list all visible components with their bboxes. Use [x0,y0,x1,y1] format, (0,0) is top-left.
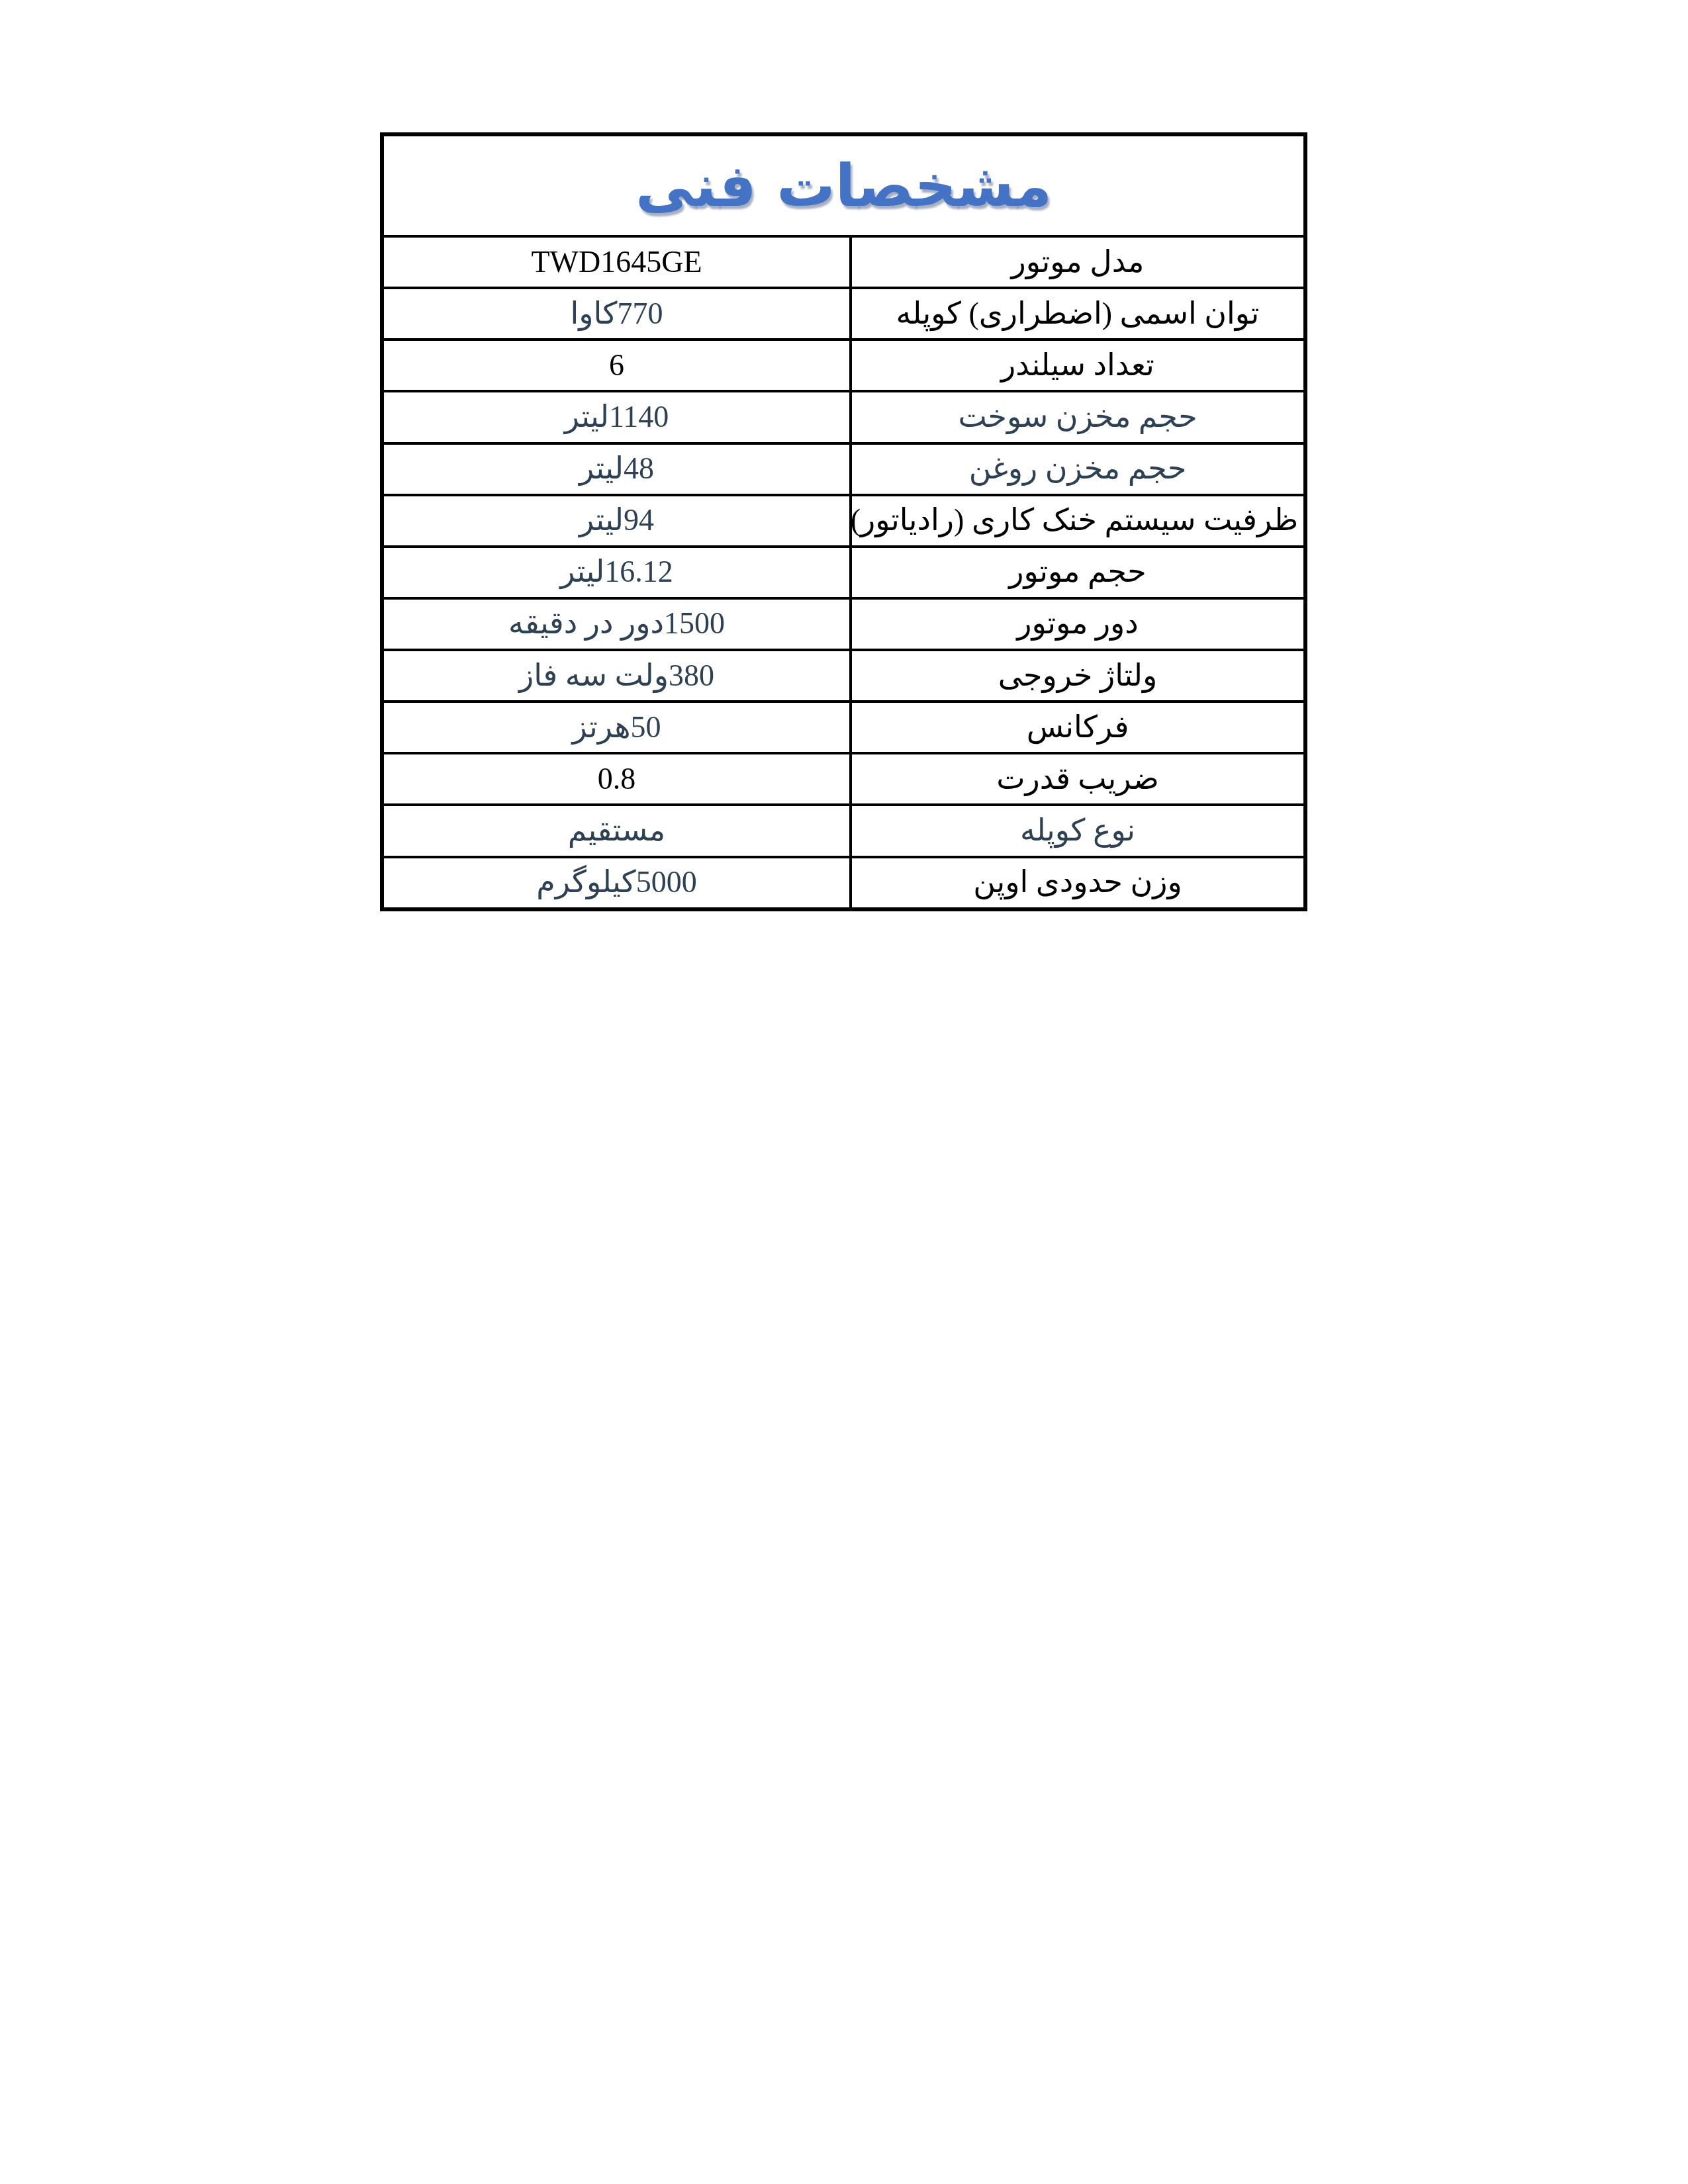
spec-value-cell: 1500دور در دقیقه [382,598,851,650]
spec-row: تعداد سیلندر 6 [382,340,1305,391]
spec-value-cell: 1140لیتر [382,391,851,443]
spec-row: حجم موتور 16.12لیتر [382,547,1305,598]
spec-value-cell: 50هرتز [382,702,851,753]
spec-row: دور موتور 1500دور در دقیقه [382,598,1305,650]
spec-value-cell: 380ولت سه فاز [382,650,851,702]
table-title: مشخصات فنی [382,134,1305,236]
spec-row: ولتاژ خروجی 380ولت سه فاز [382,650,1305,702]
technical-specs-table: مشخصات فنی مدل موتور TWD1645GE توان اسمی… [380,132,1307,911]
spec-value-cell: 94لیتر [382,495,851,547]
spec-label-cell: حجم مخزن روغن [851,443,1305,495]
spec-value-cell: 16.12لیتر [382,547,851,598]
spec-label-cell: فرکانس [851,702,1305,753]
spec-row: ضریب قدرت 0.8 [382,753,1305,805]
spec-label-cell: ضریب قدرت [851,753,1305,805]
spec-label-cell: نوع کوپله [851,805,1305,856]
spec-label-cell: تعداد سیلندر [851,340,1305,391]
spec-row: حجم مخزن روغن 48لیتر [382,443,1305,495]
spec-row: حجم مخزن سوخت 1140لیتر [382,391,1305,443]
spec-value-cell: 48لیتر [382,443,851,495]
document-page: مشخصات فنی مدل موتور TWD1645GE توان اسمی… [0,0,1688,2184]
spec-row: فرکانس 50هرتز [382,702,1305,753]
spec-label-cell: ظرفیت سیستم خنک کاری (رادیاتور) [851,495,1305,547]
spec-row: توان اسمی (اضطراری) کوپله 770کاوا [382,288,1305,340]
spec-label-cell: حجم موتور [851,547,1305,598]
spec-label-cell: وزن حدودی اوپن [851,857,1305,910]
spec-row: وزن حدودی اوپن 5000کیلوگرم [382,857,1305,910]
spec-label-cell: توان اسمی (اضطراری) کوپله [851,288,1305,340]
spec-row: ظرفیت سیستم خنک کاری (رادیاتور) 94لیتر [382,495,1305,547]
spec-value-cell: مستقیم [382,805,851,856]
spec-value-cell: 5000کیلوگرم [382,857,851,910]
table-title-row: مشخصات فنی [382,134,1305,236]
spec-value-cell: TWD1645GE [382,236,851,288]
spec-label-cell: ولتاژ خروجی [851,650,1305,702]
spec-value-cell: 0.8 [382,753,851,805]
spec-row: مدل موتور TWD1645GE [382,236,1305,288]
spec-label-cell: دور موتور [851,598,1305,650]
spec-value-cell: 770کاوا [382,288,851,340]
spec-value-cell: 6 [382,340,851,391]
spec-row: نوع کوپله مستقیم [382,805,1305,856]
spec-label-cell: مدل موتور [851,236,1305,288]
spec-label-cell: حجم مخزن سوخت [851,391,1305,443]
